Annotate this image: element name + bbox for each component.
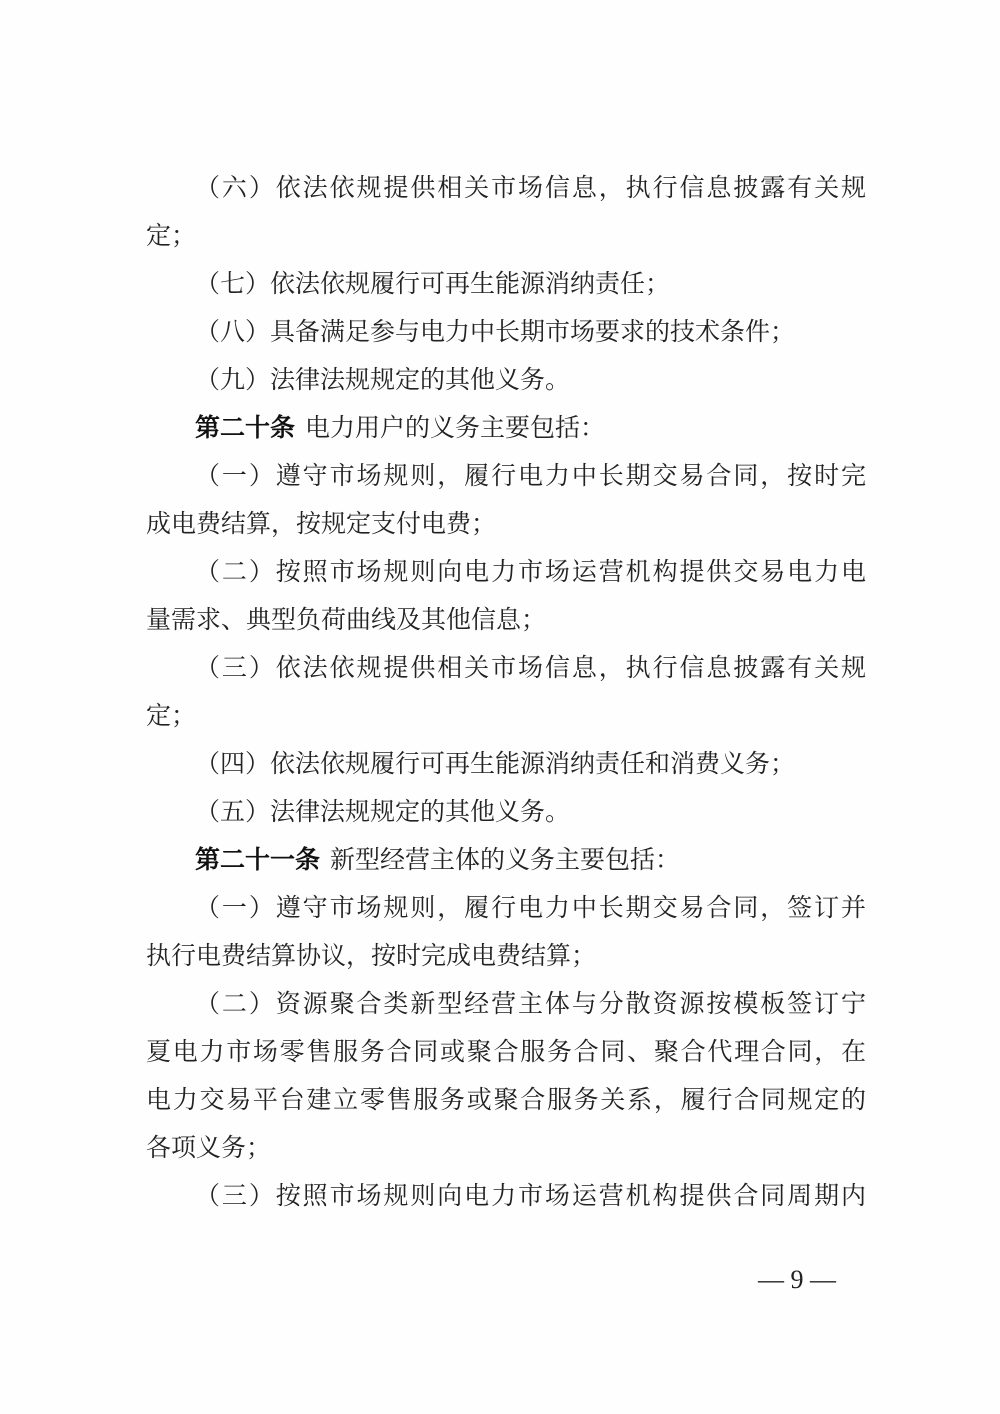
line-text: （一）遵守市场规则，履行电力中长期交易合同，按时完 bbox=[195, 461, 866, 490]
article-heading-line: 第二十条电力用户的义务主要包括： bbox=[195, 408, 866, 448]
line-text: （三）依法依规提供相关市场信息，执行信息披露有关规 bbox=[195, 653, 866, 682]
paragraph-line: （八）具备满足参与电力中长期市场要求的技术条件； bbox=[195, 312, 866, 352]
paragraph-line: 夏电力市场零售服务合同或聚合服务合同、聚合代理合同，在 bbox=[146, 1032, 866, 1072]
paragraph-line: 成电费结算，按规定支付电费； bbox=[146, 504, 866, 544]
paragraph-line: 各项义务； bbox=[146, 1128, 866, 1168]
line-text: （八）具备满足参与电力中长期市场要求的技术条件； bbox=[195, 317, 795, 346]
paragraph-line: （二）按照市场规则向电力市场运营机构提供交易电力电 bbox=[195, 552, 866, 592]
paragraph-line: （一）遵守市场规则，履行电力中长期交易合同，签订并 bbox=[195, 888, 866, 928]
line-text: （二）资源聚合类新型经营主体与分散资源按模板签订宁 bbox=[195, 989, 866, 1018]
line-text: 定； bbox=[146, 221, 196, 250]
paragraph-line: （四）依法依规履行可再生能源消纳责任和消费义务； bbox=[195, 744, 866, 784]
paragraph-line: 定； bbox=[146, 216, 866, 256]
article-number: 第二十条 bbox=[195, 413, 295, 442]
line-text: （一）遵守市场规则，履行电力中长期交易合同，签订并 bbox=[195, 893, 866, 922]
line-text: 电力用户的义务主要包括： bbox=[305, 413, 605, 442]
paragraph-line: （九）法律法规规定的其他义务。 bbox=[195, 360, 866, 400]
paragraph-line: 执行电费结算协议，按时完成电费结算； bbox=[146, 936, 866, 976]
line-text: 定； bbox=[146, 701, 196, 730]
paragraph-line: 量需求、典型负荷曲线及其他信息； bbox=[146, 600, 866, 640]
line-text: （九）法律法规规定的其他义务。 bbox=[195, 365, 570, 394]
line-text: 电力交易平台建立零售服务或聚合服务关系，履行合同规定的 bbox=[146, 1085, 866, 1114]
line-text: 夏电力市场零售服务合同或聚合服务合同、聚合代理合同，在 bbox=[146, 1037, 866, 1066]
document-page: （六）依法依规提供相关市场信息，执行信息披露有关规定；（七）依法依规履行可再生能… bbox=[0, 0, 1000, 1414]
paragraph-line: （六）依法依规提供相关市场信息，执行信息披露有关规 bbox=[195, 168, 866, 208]
paragraph-line: 定； bbox=[146, 696, 866, 736]
line-text: （六）依法依规提供相关市场信息，执行信息披露有关规 bbox=[195, 173, 866, 202]
line-text: （三）按照市场规则向电力市场运营机构提供合同周期内 bbox=[195, 1181, 866, 1210]
paragraph-line: （二）资源聚合类新型经营主体与分散资源按模板签订宁 bbox=[195, 984, 866, 1024]
paragraph-line: （三）按照市场规则向电力市场运营机构提供合同周期内 bbox=[195, 1176, 866, 1216]
page-number: — 9 — bbox=[752, 1262, 842, 1298]
line-text: （二）按照市场规则向电力市场运营机构提供交易电力电 bbox=[195, 557, 866, 586]
paragraph-line: （七）依法依规履行可再生能源消纳责任； bbox=[195, 264, 866, 304]
line-text: 执行电费结算协议，按时完成电费结算； bbox=[146, 941, 596, 970]
line-text: （七）依法依规履行可再生能源消纳责任； bbox=[195, 269, 670, 298]
paragraph-line: （一）遵守市场规则，履行电力中长期交易合同，按时完 bbox=[195, 456, 866, 496]
article-heading-line: 第二十一条新型经营主体的义务主要包括： bbox=[195, 840, 866, 880]
line-text: 各项义务； bbox=[146, 1133, 271, 1162]
line-text: 量需求、典型负荷曲线及其他信息； bbox=[146, 605, 546, 634]
paragraph-line: （五）法律法规规定的其他义务。 bbox=[195, 792, 866, 832]
line-text: （五）法律法规规定的其他义务。 bbox=[195, 797, 570, 826]
paragraph-line: （三）依法依规提供相关市场信息，执行信息披露有关规 bbox=[195, 648, 866, 688]
line-text: 新型经营主体的义务主要包括： bbox=[330, 845, 680, 874]
article-number: 第二十一条 bbox=[195, 845, 320, 874]
paragraph-line: 电力交易平台建立零售服务或聚合服务关系，履行合同规定的 bbox=[146, 1080, 866, 1120]
line-text: （四）依法依规履行可再生能源消纳责任和消费义务； bbox=[195, 749, 795, 778]
line-text: 成电费结算，按规定支付电费； bbox=[146, 509, 496, 538]
